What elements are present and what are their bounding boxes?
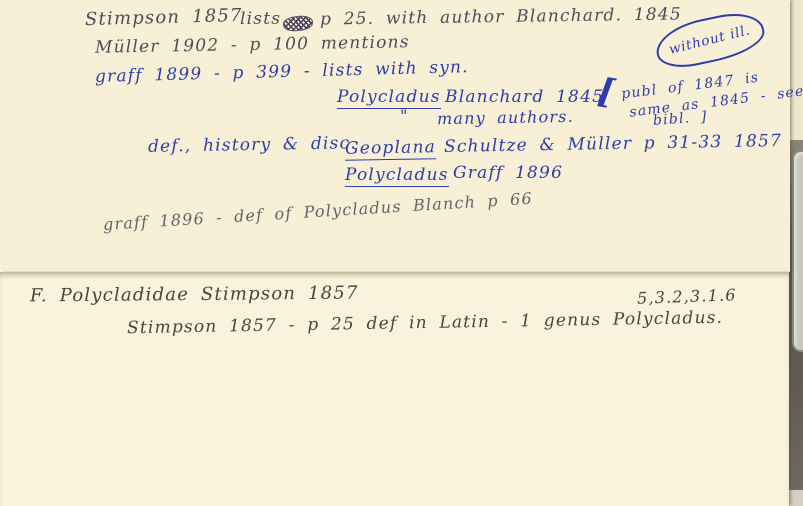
card1-genus-polycladus: Polycladus bbox=[337, 88, 441, 109]
card1-genus-geoplana: Geoplana bbox=[345, 138, 436, 160]
card1-line6-def: def., history & disc. bbox=[148, 134, 357, 156]
bracket-note-line3: bibl. ] bbox=[653, 110, 709, 129]
card2-catalog-code: 5,3.2,3.1.6 bbox=[637, 286, 737, 307]
gray-card-edge bbox=[792, 150, 803, 352]
card2-line2: Stimpson 1857 - p 25 def in Latin - 1 ge… bbox=[127, 309, 724, 338]
card2-heading: F. Polycladidae Stimpson 1857 bbox=[30, 284, 359, 307]
circled-annotation-text: without ill. bbox=[668, 22, 753, 58]
card1-line5: many authors. bbox=[437, 108, 574, 128]
card1-line1-rest: p 25. with author Blanchard. 1845 bbox=[320, 5, 682, 29]
scanned-index-cards: Stimpson 1857 lists p 25. with author Bl… bbox=[0, 0, 803, 506]
index-card-top: Stimpson 1857 lists p 25. with author Bl… bbox=[0, 0, 790, 272]
card1-genus-polycladus-2: Polycladus bbox=[345, 166, 449, 187]
background-strip-bottom bbox=[788, 490, 803, 506]
card1-line1-author: Stimpson 1857 bbox=[85, 6, 243, 30]
card1-line7-rest: Graff 1896 bbox=[453, 164, 563, 183]
card1-line1-lists: lists bbox=[240, 10, 281, 29]
bracket-open: [ bbox=[595, 73, 618, 113]
crossed-out-scribble bbox=[282, 14, 313, 32]
card1-line3: graff 1899 - p 399 - lists with syn. bbox=[95, 58, 469, 86]
card1-line4-rest: Blanchard 1845 bbox=[445, 88, 604, 107]
card1-line2: Müller 1902 - p 100 mentions bbox=[95, 33, 410, 57]
card1-line8-pencil: graff 1896 - def of Polycladus Blanch p … bbox=[102, 190, 533, 234]
index-card-bottom: F. Polycladidae Stimpson 1857 5,3.2,3.1.… bbox=[0, 272, 789, 506]
card1-line6-rest: Schultze & Müller p 31-33 1857 bbox=[444, 132, 782, 157]
card1-ditto-mark: " bbox=[400, 107, 409, 125]
